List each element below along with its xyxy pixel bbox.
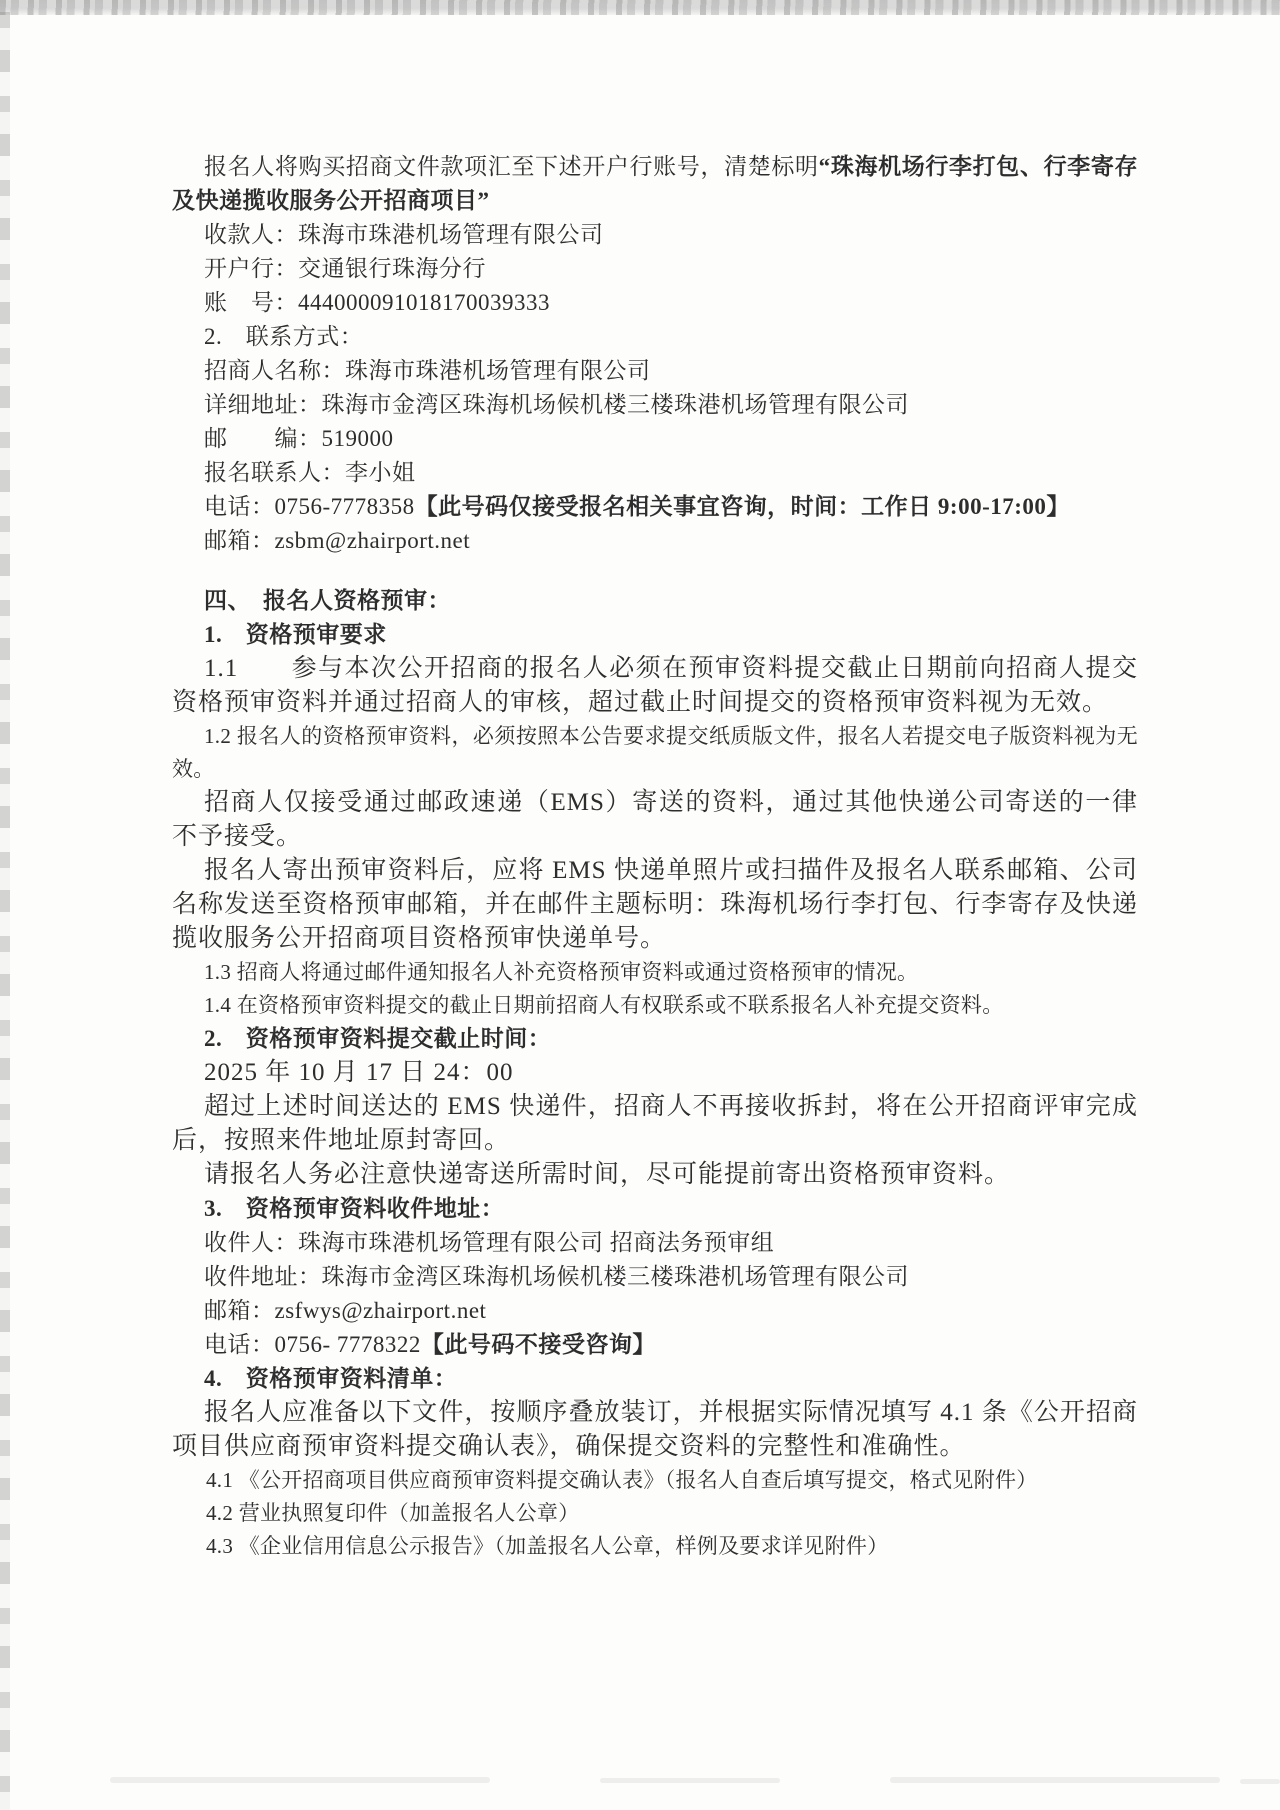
- line-registration-phone: 电话：0756-7778358【此号码仅接受报名相关事宜咨询，时间：工作日 9:…: [172, 490, 1138, 524]
- document-body: 报名人将购买招商文件款项汇至下述开户行账号，清楚标明“珠海机场行李打包、行李寄存…: [172, 150, 1138, 1563]
- line-payee: 收款人：珠海市珠港机场管理有限公司: [172, 218, 1138, 252]
- line-account-number: 账 号：444000091018170039333: [172, 286, 1138, 320]
- paragraph-1-1: 1.1 参与本次公开招商的报名人必须在预审资料提交截止日期前向招商人提交资格预审…: [172, 652, 1138, 720]
- list-item-4-3: 4.3 《企业信用信息公示报告》（加盖报名人公章，样例及要求详见附件）: [206, 1530, 1138, 1563]
- heading-submission-deadline: 2. 资格预审资料提交截止时间：: [172, 1022, 1138, 1056]
- paragraph-1-3: 1.3 招商人将通过邮件通知报名人补充资格预审资料或通过资格预审的情况。: [172, 956, 1138, 989]
- line-receiving-email: 邮箱：zsfwys@zhairport.net: [172, 1294, 1138, 1328]
- heading-contact-info: 2. 联系方式：: [172, 320, 1138, 354]
- paragraph-1-4: 1.4 在资格预审资料提交的截止日期前招商人有权联系或不联系报名人补充提交资料。: [172, 989, 1138, 1022]
- scan-smudge-bottom: [1240, 1779, 1280, 1784]
- paragraph-prepare-documents: 报名人应准备以下文件，按顺序叠放装订，并根据实际情况填写 4.1 条《公开招商项…: [172, 1396, 1138, 1464]
- receiving-phone-note: 【此号码不接受咨询】: [421, 1332, 656, 1357]
- line-receiving-phone: 电话：0756- 7778322【此号码不接受咨询】: [172, 1328, 1138, 1362]
- paragraph-1-2: 1.2 报名人的资格预审资料，必须按照本公告要求提交纸质版文件，报名人若提交电子…: [172, 720, 1138, 786]
- registration-phone-number: 电话：0756-7778358: [204, 494, 415, 519]
- line-bank: 开户行：交通银行珠海分行: [172, 252, 1138, 286]
- line-recipient: 收件人：珠海市珠港机场管理有限公司 招商法务预审组: [172, 1226, 1138, 1260]
- section-spacer: [172, 558, 1138, 584]
- heading-materials-list: 4. 资格预审资料清单：: [172, 1362, 1138, 1396]
- scan-smudge-bottom: [110, 1777, 490, 1783]
- scanned-document-page: 报名人将购买招商文件款项汇至下述开户行账号，清楚标明“珠海机场行李打包、行李寄存…: [0, 0, 1280, 1810]
- heading-prequalification-requirements: 1. 资格预审要求: [172, 618, 1138, 652]
- paragraph-late-delivery: 超过上述时间送达的 EMS 快递件，招商人不再接收拆封，将在公开招商评审完成后，…: [172, 1090, 1138, 1158]
- line-deadline-datetime: 2025 年 10 月 17 日 24：00: [172, 1056, 1138, 1090]
- list-item-4-2: 4.2 营业执照复印件（加盖报名人公章）: [206, 1497, 1138, 1530]
- registration-phone-note: 【此号码仅接受报名相关事宜咨询，时间：工作日 9:00-17:00】: [415, 494, 1070, 519]
- remittance-instruction-text: 报名人将购买招商文件款项汇至下述开户行账号，清楚标明: [204, 154, 819, 179]
- heading-section-four: 四、 报名人资格预审：: [172, 584, 1138, 618]
- line-registration-email: 邮箱：zsbm@zhairport.net: [172, 524, 1138, 558]
- paragraph-ems-only: 招商人仅接受通过邮政速递（EMS）寄送的资料，通过其他快递公司寄送的一律不予接受…: [172, 786, 1138, 854]
- receiving-phone-number: 电话：0756- 7778322: [204, 1332, 421, 1357]
- line-postcode: 邮 编：519000: [172, 422, 1138, 456]
- line-detailed-address: 详细地址：珠海市金湾区珠海机场候机楼三楼珠港机场管理有限公司: [172, 388, 1138, 422]
- scan-noise-top-edge: [0, 0, 1280, 15]
- paragraph-remittance-instruction: 报名人将购买招商文件款项汇至下述开户行账号，清楚标明“珠海机场行李打包、行李寄存…: [172, 150, 1138, 218]
- scan-smudge-bottom: [600, 1778, 780, 1783]
- line-contact-person: 报名联系人：李小姐: [172, 456, 1138, 490]
- scan-smudge-bottom: [890, 1777, 1220, 1783]
- heading-receiving-address: 3. 资格预审资料收件地址：: [172, 1192, 1138, 1226]
- line-receiving-address: 收件地址：珠海市金湾区珠海机场候机楼三楼珠港机场管理有限公司: [172, 1260, 1138, 1294]
- list-item-4-1: 4.1 《公开招商项目供应商预审资料提交确认表》（报名人自查后填写提交，格式见附…: [206, 1464, 1138, 1497]
- line-merchant-name: 招商人名称：珠海市珠港机场管理有限公司: [172, 354, 1138, 388]
- paragraph-mailing-reminder: 请报名人务必注意快递寄送所需时间，尽可能提前寄出资格预审资料。: [172, 1158, 1138, 1192]
- scan-noise-left-edge: [0, 12, 10, 1810]
- paragraph-send-tracking-info: 报名人寄出预审资料后，应将 EMS 快递单照片或扫描件及报名人联系邮箱、公司名称…: [172, 854, 1138, 956]
